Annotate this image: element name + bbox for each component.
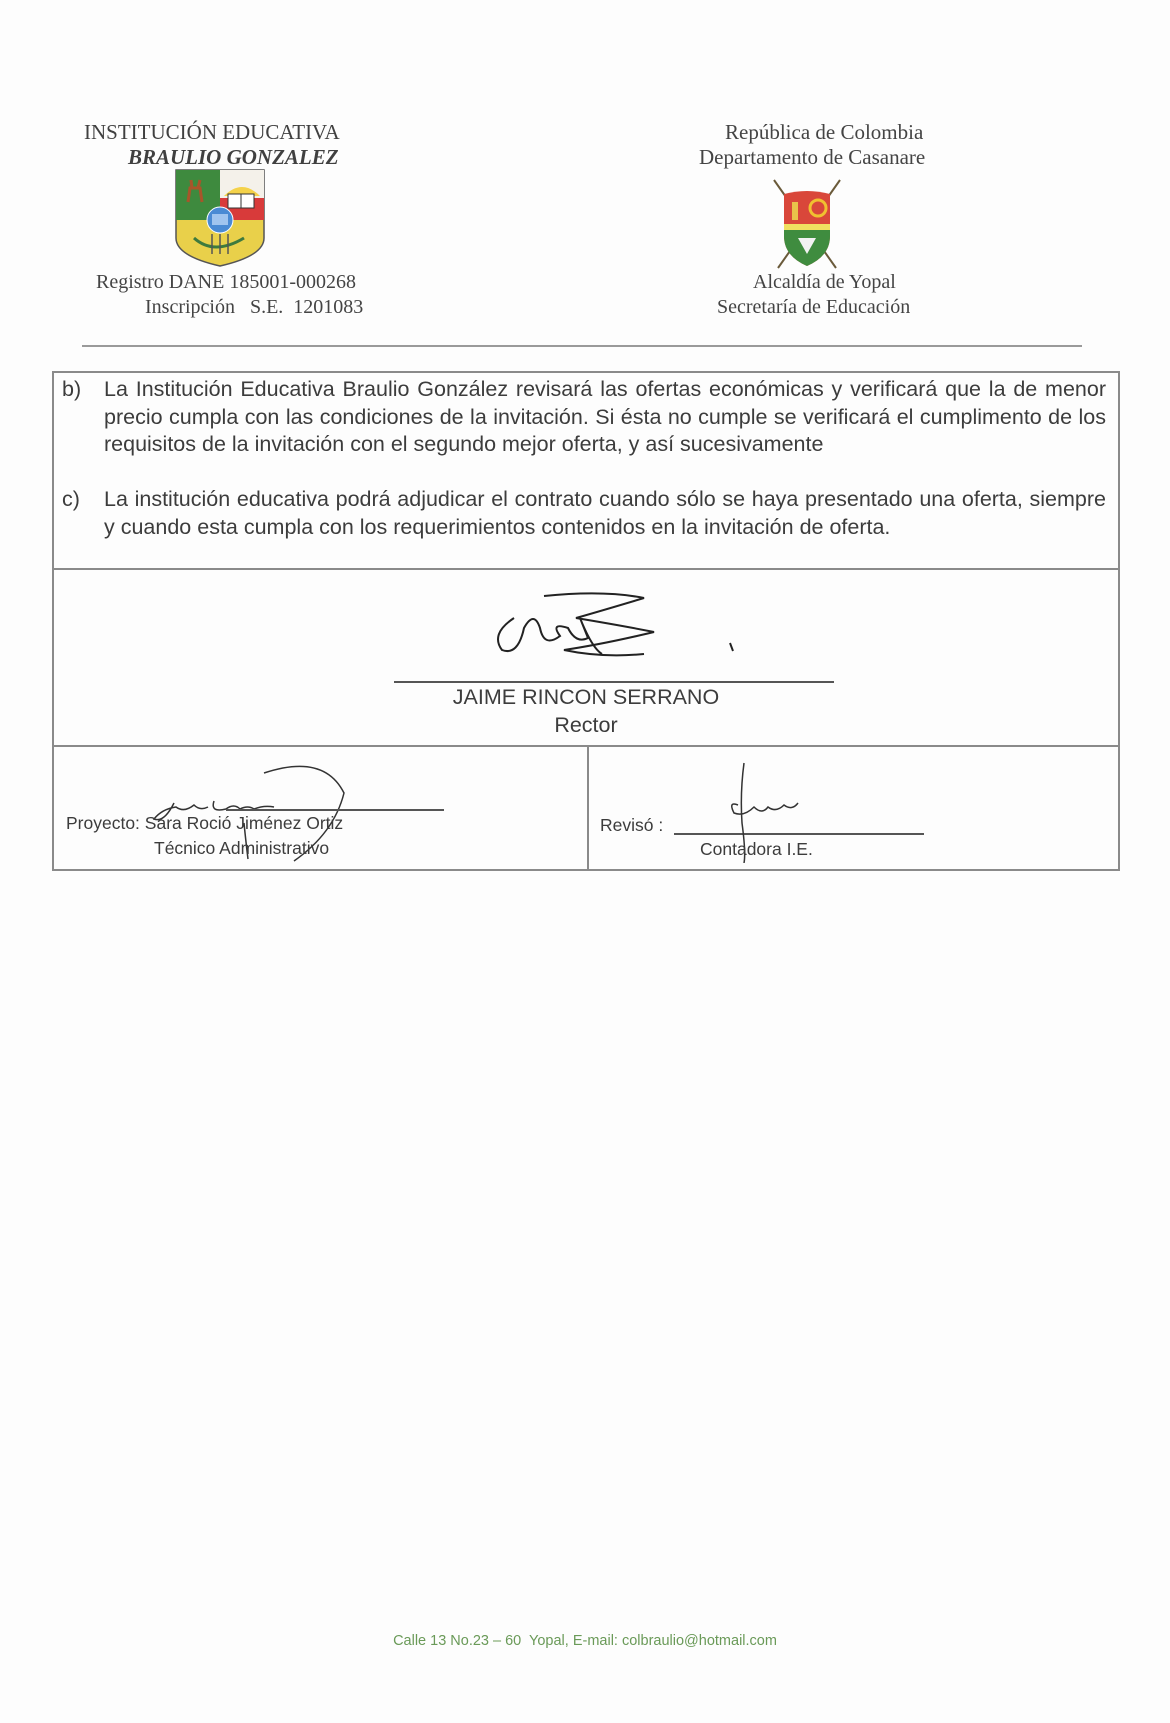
clause-text: La institución educativa podrá adjudicar… [104,486,1106,541]
inscripcion-se: Inscripción S.E. 1201083 [145,296,363,319]
rector-signature-icon [484,588,754,668]
clause-text: La Institución Educativa Braulio Gonzále… [104,376,1106,459]
proyecto-signature-line [226,809,444,811]
proyecto-role: Técnico Administrativo [154,838,329,859]
footer-address: Calle 13 No.23 – 60 Yopal, E-mail: colbr… [0,1633,1170,1649]
reviso-role: Contadora I.E. [700,839,813,860]
alcaldia-text: Alcaldía de Yopal [753,271,896,294]
rector-title: Rector [54,713,1118,738]
table-column-divider [587,745,589,869]
header-divider [82,345,1082,347]
school-coat-of-arms-icon [174,168,266,268]
rector-signature-line [394,681,834,683]
rector-name: JAIME RINCON SERRANO [54,685,1118,710]
clause-marker: b) [62,376,81,404]
clause-marker: c) [62,486,80,514]
yopal-coat-of-arms-icon [770,176,844,272]
departamento-text: Departamento de Casanare [699,145,925,170]
conditions-table: b) La Institución Educativa Braulio Gonz… [52,371,1120,871]
reviso-label: Revisó : [600,815,663,836]
table-divider [54,568,1118,570]
registro-dane: Registro DANE 185001-000268 [96,271,356,294]
table-divider [54,745,1118,747]
institution-name-line1: INSTITUCIÓN EDUCATIVA [84,120,340,145]
proyecto-label: Proyecto: Sara Roció Jiménez Ortiz [66,813,343,834]
secretaria-text: Secretaría de Educación [717,296,910,319]
institution-name-line2: BRAULIO GONZALEZ [128,145,339,170]
republica-text: República de Colombia [725,120,923,145]
